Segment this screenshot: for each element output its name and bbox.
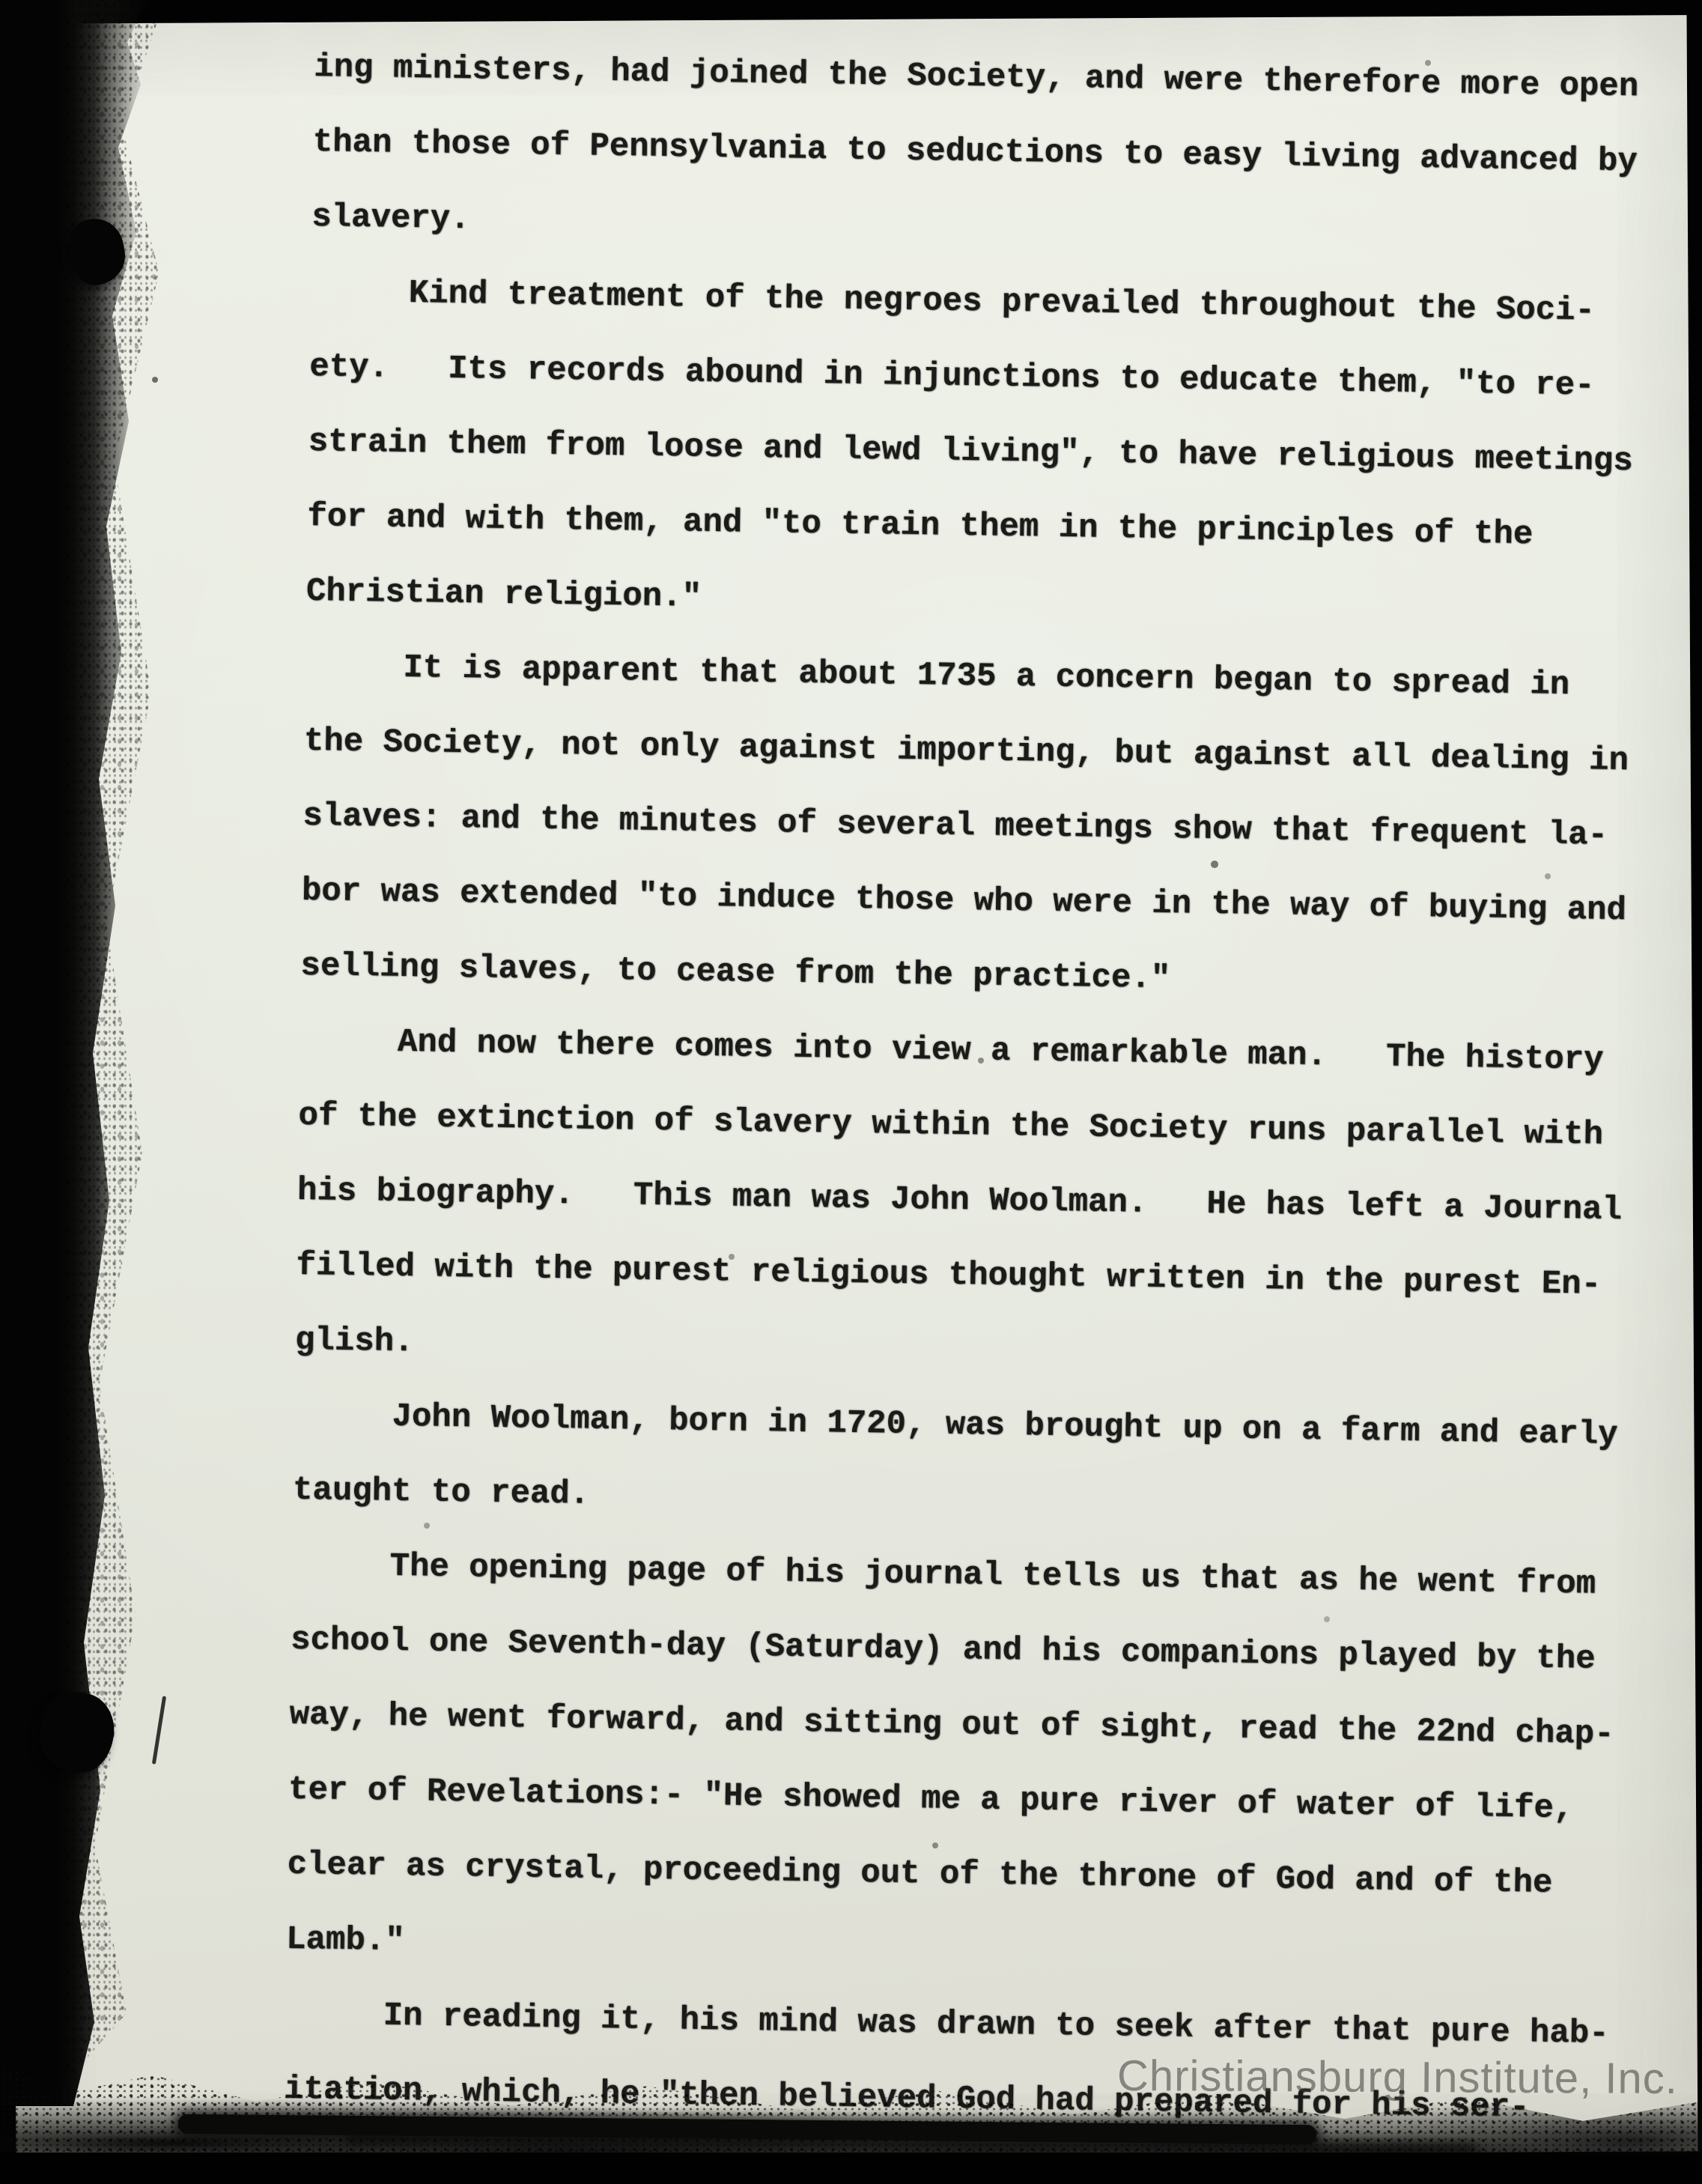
watermark: Christiansburg Institute, Inc. bbox=[1117, 2051, 1678, 2104]
scanned-page-background: { "document": { "kind": "scanned-typewri… bbox=[0, 0, 1702, 2184]
typewritten-text: ing ministers, had joined the Society, a… bbox=[283, 30, 1638, 2147]
bottom-scan-border bbox=[0, 2153, 1702, 2184]
